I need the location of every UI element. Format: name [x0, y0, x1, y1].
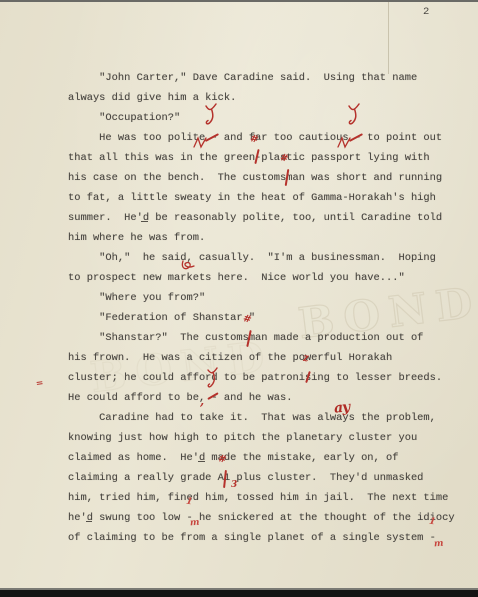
underline-tick [198, 461, 205, 462]
typed-line: him, tried him, fined him, tossed him in… [68, 488, 468, 508]
typed-line: knowing just how high to pitch the plane… [68, 428, 468, 448]
typed-line: He was too polite - and far too cautious… [68, 128, 468, 148]
dele-mark-icon [180, 258, 196, 272]
margin-equals-icon: = [35, 379, 43, 390]
typed-line: claimed as home. He'd made the mistake, … [68, 448, 468, 468]
zigzag-mark-icon [337, 136, 352, 149]
typed-line: "John Carter," Dave Caradine said. Using… [68, 68, 468, 88]
scan-edge-top [0, 0, 478, 2]
typed-line: that all this was in the green-plastic p… [68, 148, 468, 168]
typed-line: "Oh," he said, casually. "I'm a business… [68, 248, 468, 268]
typed-line: to fat, a little sweaty in the heat of G… [68, 188, 468, 208]
scan-edge-bottom [0, 588, 478, 597]
typed-line: him where he was from. [68, 228, 468, 248]
paper-crease [388, 2, 389, 74]
underline-tick [86, 521, 92, 522]
dele-mark-icon [347, 102, 363, 128]
typed-line: his frown. He was a citizen of the power… [68, 348, 468, 368]
typed-line: claiming a really grade A1 plus cluster.… [68, 468, 468, 488]
typed-line: Caradine had to take it. That was always… [68, 408, 468, 428]
typed-line: "Where you from?" [68, 288, 468, 308]
typed-line: "Occupation?" [68, 108, 468, 128]
typed-line: his case on the bench. The customsman wa… [68, 168, 468, 188]
dele-mark-icon [204, 102, 220, 128]
typed-line: of claiming to be from a single planet o… [68, 528, 468, 548]
typed-line: summer. He'd be reasonably polite, too, … [68, 208, 468, 228]
typed-line: to prospect new markets here. Nice world… [68, 268, 468, 288]
zigzag-mark-icon [193, 136, 208, 149]
typed-line: "Federation of Shanstar." [68, 308, 468, 328]
dele-mark-icon [206, 366, 221, 390]
typed-line: he'd swung too low - he snickered at the… [68, 508, 468, 528]
manuscript-page: BOND BOND 2 "John Carter," Dave Caradine… [0, 0, 478, 597]
underline-tick [141, 221, 148, 222]
typed-line: "Shanstar?" The customsman made a produc… [68, 328, 468, 348]
typed-line: always did give him a kick. [68, 88, 468, 108]
typed-line: He could afford to be, - and he was. [68, 388, 468, 408]
typed-line: cluster; he could afford to be patronisi… [68, 368, 468, 388]
page-number: 2 [423, 6, 429, 18]
